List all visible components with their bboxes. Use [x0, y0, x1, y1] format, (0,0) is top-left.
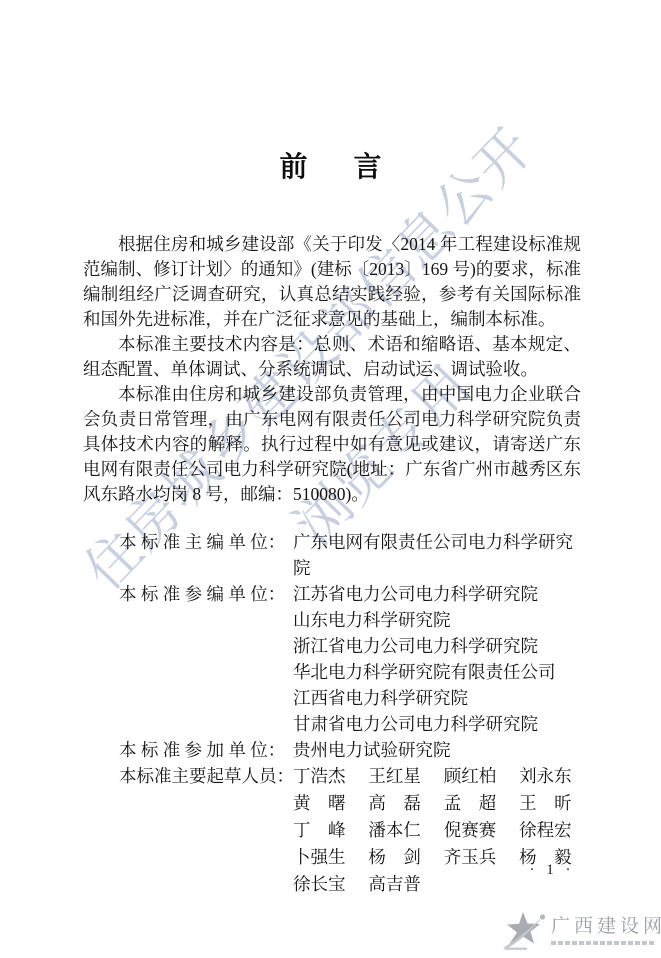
co-editor-org: 甘肃省电力公司电力科学研究院	[293, 711, 581, 737]
drafter-name: 倪赛赛	[444, 817, 498, 844]
drafter-name: 孟 超	[444, 790, 498, 817]
drafter-name: 高吉普	[368, 871, 422, 898]
document-page: 住房城乡建设部信息公开 浏览专用 前 言 根据住房和城乡建设部《关于印发〈201…	[0, 0, 661, 958]
co-editor-org: 江西省电力科学研究院	[293, 685, 581, 711]
co-editor-org: 浙江省电力公司电力科学研究院	[293, 633, 581, 659]
drafter-name: 齐玉兵	[444, 844, 498, 871]
paragraph-contents: 本标准主要技术内容是：总则、术语和缩略语、基本规定、组态配置、单体调试、分系统调…	[83, 332, 581, 382]
drafter-name: 王 昕	[519, 790, 573, 817]
drafter-name: 卜强生	[293, 844, 347, 871]
drafters-line: 黄 曙 高 磊 孟 超 王 昕	[293, 790, 590, 817]
paragraph-management: 本标准由住房和城乡建设部负责管理，由中国电力企业联合会负责日常管理，由广东电网有…	[83, 382, 581, 507]
drafter-name: 王红星	[368, 763, 422, 790]
co-editor-org: 华北电力科学研究院有限责任公司	[293, 659, 581, 685]
co-editor-org: 山东电力科学研究院	[293, 607, 581, 633]
drafter-name: 徐长宝	[293, 871, 347, 898]
drafter-name: 潘本仁	[368, 817, 422, 844]
drafter-name: 杨 剑	[368, 844, 422, 871]
footer-logo-right: 广西建设网	[551, 908, 661, 945]
drafters-line: 丁 峰 潘本仁 倪赛赛 徐程宏	[293, 817, 590, 844]
chief-editor-org: 广东电网有限责任公司电力科学研究院	[293, 529, 581, 581]
participant-org: 贵州电力试验研究院	[293, 737, 581, 763]
chief-editor-label: 本 标 准 主 编 单 位：	[83, 529, 293, 581]
drafter-name: 丁浩杰	[293, 763, 347, 790]
drafters-line: 丁浩杰 王红星 顾红柏 刘永东	[293, 763, 590, 790]
participant-label: 本 标 准 参 加 单 位：	[83, 737, 293, 763]
footer-logo-text: 广西建设网	[551, 916, 661, 937]
co-editor-org: 江苏省电力公司电力科学研究院	[293, 581, 581, 607]
page-title: 前 言	[0, 151, 661, 183]
drafter-name: 黄 曙	[293, 790, 347, 817]
participant-row: 本 标 准 参 加 单 位： 贵州电力试验研究院	[83, 737, 581, 763]
chief-editor-row: 本 标 准 主 编 单 位： 广东电网有限责任公司电力科学研究院	[83, 529, 581, 581]
editorial-section: 本 标 准 主 编 单 位： 广东电网有限责任公司电力科学研究院 本 标 准 参…	[83, 529, 581, 898]
paragraph-basis: 根据住房和城乡建设部《关于印发〈2014 年工程建设标准规范编制、修订计划〉的通…	[83, 232, 581, 332]
co-editor-label: 本 标 准 参 编 单 位：	[83, 581, 293, 737]
drafter-name: 丁 峰	[293, 817, 347, 844]
drafters-row: 本标准主要起草人员： 丁浩杰 王红星 顾红柏 刘永东 黄 曙 高 磊 孟 超 王…	[83, 763, 581, 898]
body-text: 根据住房和城乡建设部《关于印发〈2014 年工程建设标准规范编制、修订计划〉的通…	[83, 232, 581, 507]
drafter-name: 刘永东	[519, 763, 573, 790]
footer-logo-tagline	[551, 941, 655, 945]
star-icon	[499, 908, 547, 957]
drafter-name: 徐程宏	[519, 817, 573, 844]
drafter-name: 顾红柏	[444, 763, 498, 790]
footer-logo: 广西建设网	[499, 908, 661, 957]
co-editor-org-list: 江苏省电力公司电力科学研究院 山东电力科学研究院 浙江省电力公司电力科学研究院 …	[293, 581, 581, 737]
drafters-label: 本标准主要起草人员：	[83, 763, 293, 898]
drafter-name: 高 磊	[368, 790, 422, 817]
page-number: · 1 ·	[522, 860, 582, 880]
co-editor-row: 本 标 准 参 编 单 位： 江苏省电力公司电力科学研究院 山东电力科学研究院 …	[83, 581, 581, 737]
